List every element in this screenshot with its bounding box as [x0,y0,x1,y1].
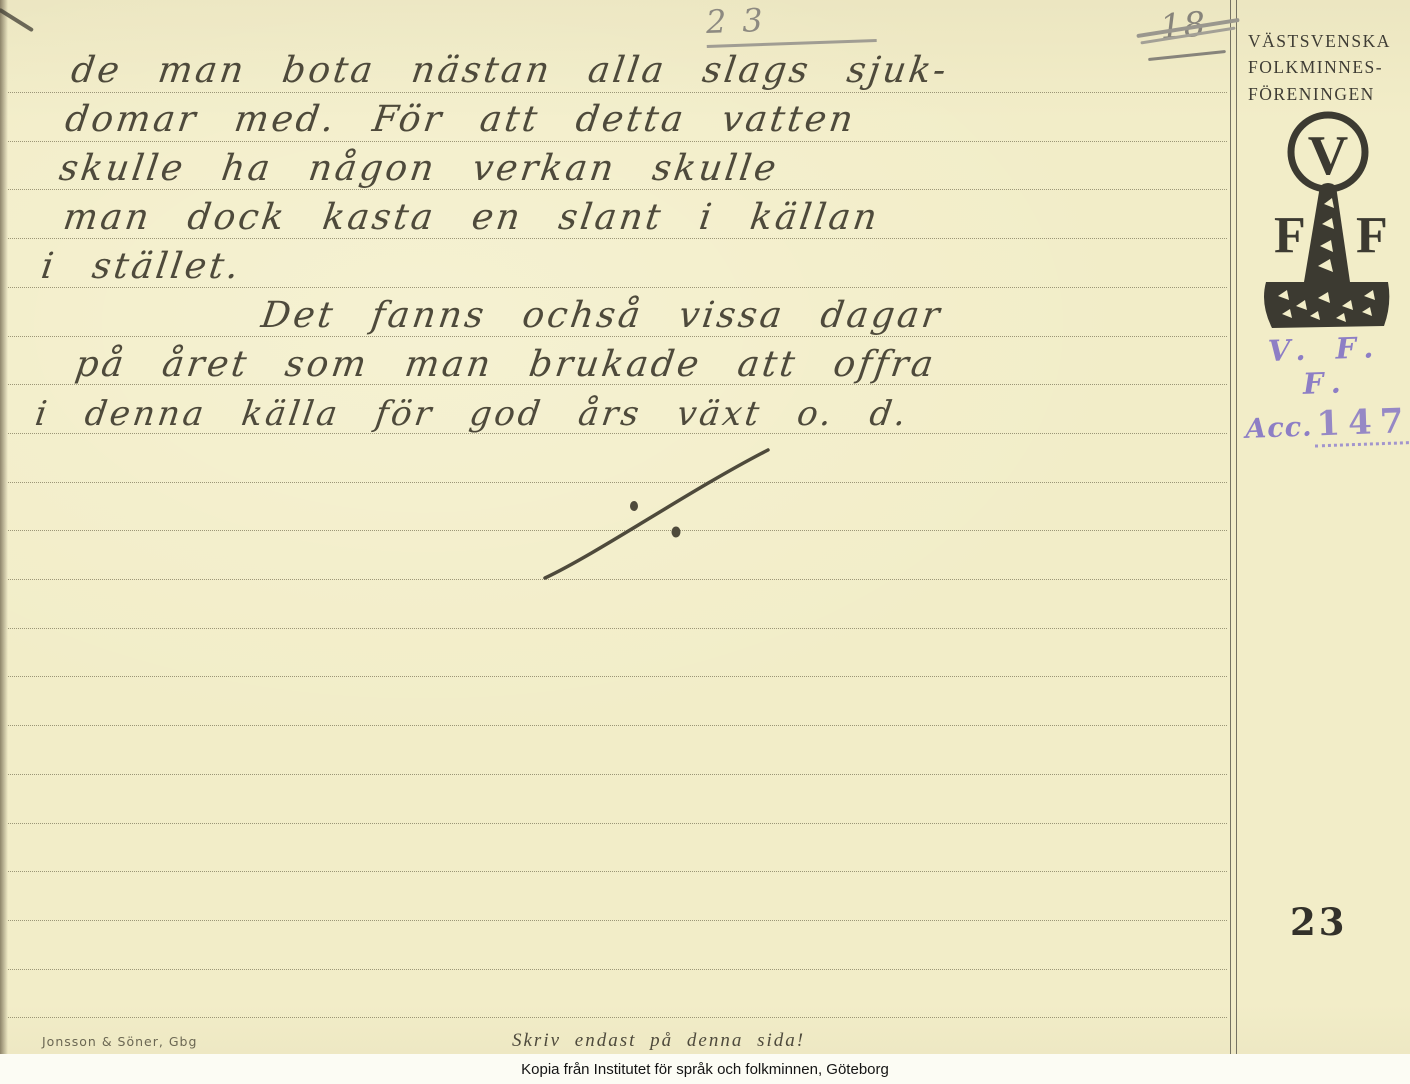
archive-caption-strip: Kopia från Institutet för språk och folk… [0,1054,1410,1084]
handwritten-line: de man bota nästan alla slags sjuk- [68,46,952,96]
organization-name: VÄSTSVENSKA FOLKMINNES- FÖRENINGEN [1248,28,1408,107]
ruled-line [8,676,1227,677]
margin-divider-line-2 [1236,0,1237,1056]
handwritten-line: man dock kasta en slant i källan [60,193,883,243]
write-only-instruction: Skriv endast på denna sida! [512,1030,805,1052]
logo-letter-f-left: F [1274,207,1306,264]
ruled-line [8,823,1227,824]
handwritten-line: på året som man brukade att offra [72,340,939,390]
ruled-line [8,871,1227,872]
archive-card-scan: { "colors": { "paper": "#f2edc8", "ink":… [0,0,1410,1084]
ruled-line [8,969,1227,970]
handwritten-line: skulle ha någon verkan skulle [56,144,782,194]
handwritten-line: i denna källa för god års växt o. d. [32,389,912,439]
accession-stamp: V. F. F. Acc. 1470 [1242,329,1410,450]
printer-imprint: Jonsson & Söner, Gbg [42,1034,197,1049]
page-number-pencil: 23 [705,0,876,48]
end-of-text-mark [530,440,790,600]
handwritten-line: i stället. [38,242,245,292]
ruled-line [8,920,1227,921]
org-line-2: FOLKMINNES- [1248,54,1408,80]
logo-letter-f-right: F [1356,207,1388,264]
stamp-acc-number: 1470 [1314,400,1410,448]
margin-divider-line [1230,0,1231,1056]
archive-caption: Kopia från Institutet för språk och folk… [521,1061,889,1078]
page-number-printed: 23 [1290,900,1348,944]
stamp-title: V. F. F. [1242,329,1410,403]
org-line-1: VÄSTSVENSKA [1248,28,1408,54]
stamp-acc-label: Acc. [1245,412,1313,445]
thors-hammer-icon: V F F [1252,100,1402,332]
handwritten-line: domar med. För att detta vatten [62,95,859,145]
ruled-line [8,725,1227,726]
ruled-line [8,628,1227,629]
ruled-line [8,774,1227,775]
logo-letter-v: V [1308,125,1348,187]
vff-hammer-logo: V F F [1252,100,1402,332]
scan-edge-shadow [0,0,8,1084]
ruled-line [8,1017,1227,1018]
handwritten-line: Det fanns ochså vissa dagar [258,291,946,341]
